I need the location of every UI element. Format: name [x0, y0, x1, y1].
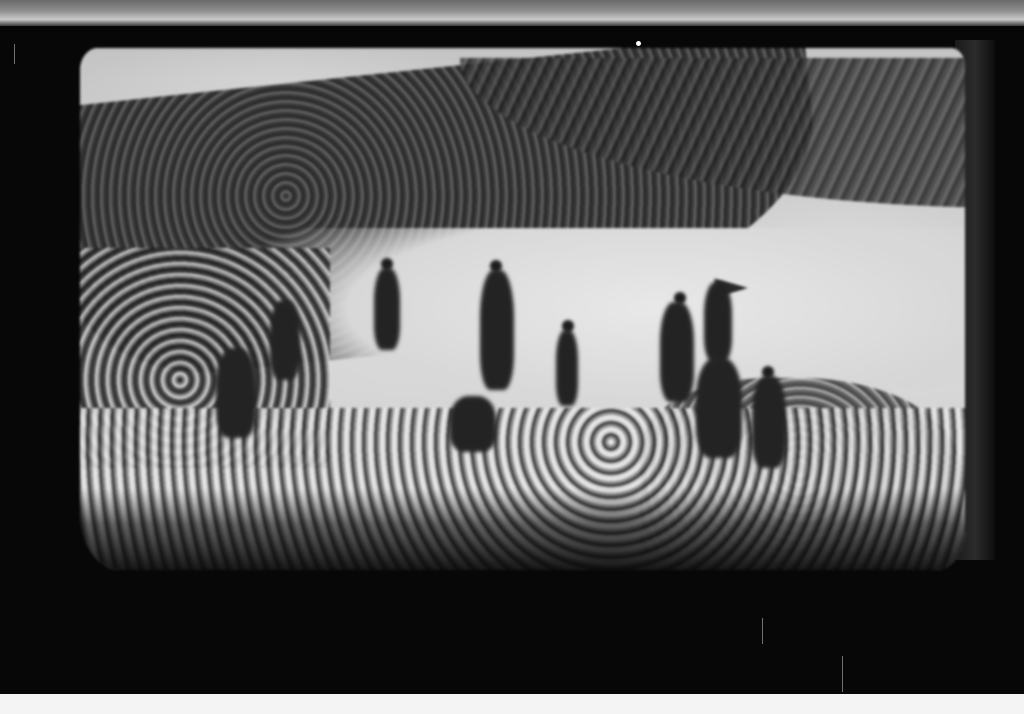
- scanlines: [80, 48, 965, 570]
- film-edge-top: [0, 0, 1024, 26]
- film-scratch: [14, 44, 15, 64]
- film-scratch: [842, 656, 843, 692]
- film-edge-bottom: [0, 694, 1024, 714]
- tv-screen: [80, 48, 965, 570]
- light-speck: [636, 41, 641, 46]
- film-scratch: [762, 618, 763, 644]
